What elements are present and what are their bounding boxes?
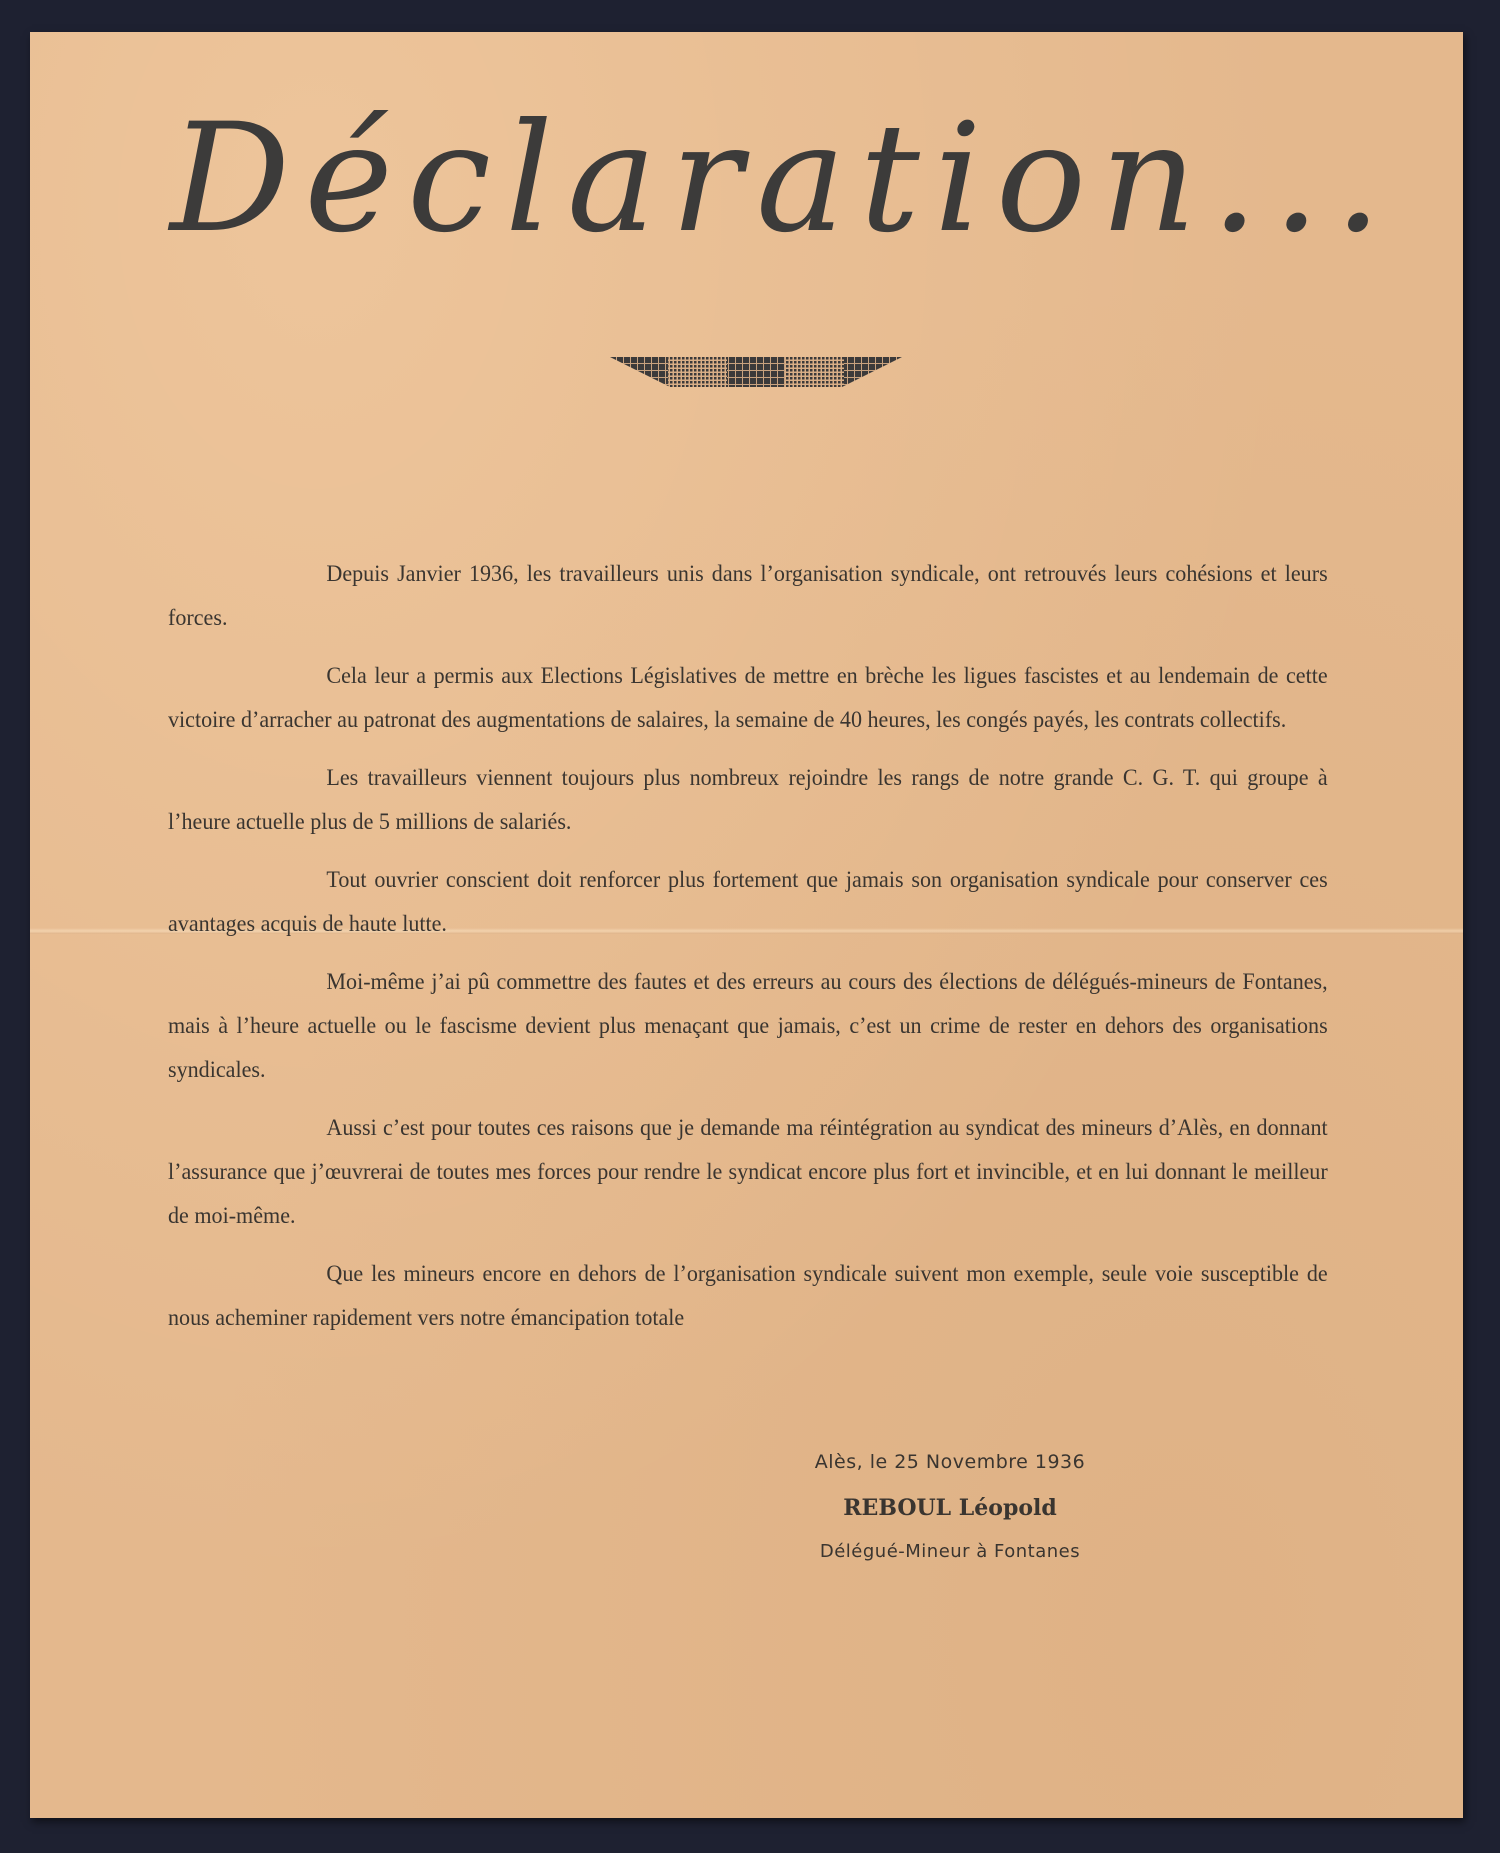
paragraph: Depuis Janvier 1936, les travailleurs un… [168, 552, 1328, 640]
declaration-body: Depuis Janvier 1936, les travailleurs un… [168, 552, 1376, 1354]
paragraph: Aussi c’est pour toutes ces raisons que … [168, 1106, 1328, 1238]
paragraph: Tout ouvrier conscient doit renforcer pl… [168, 858, 1328, 946]
signatory-role: Délégué-Mineur à Fontanes [760, 1540, 1140, 1564]
signature-block: Alès, le 25 Novembre 1936 REBOUL Léopold… [760, 1450, 1140, 1564]
place-date: Alès, le 25 Novembre 1936 [760, 1450, 1140, 1474]
document-title: Déclaration... [170, 104, 1370, 254]
paragraph: Moi-même j’ai pû commettre des fautes et… [168, 960, 1328, 1092]
document-sheet: Déclaration... Depuis Janvier 1936, les … [30, 32, 1463, 1818]
paragraph: Cela leur a permis aux Elections Législa… [168, 654, 1328, 742]
paragraph: Les travailleurs viennent toujours plus … [168, 756, 1328, 844]
signatory-name: REBOUL Léopold [760, 1494, 1140, 1522]
checkered-trapezoid-ornament-icon [610, 357, 902, 387]
paragraph: Que les mineurs encore en dehors de l’or… [168, 1252, 1328, 1340]
